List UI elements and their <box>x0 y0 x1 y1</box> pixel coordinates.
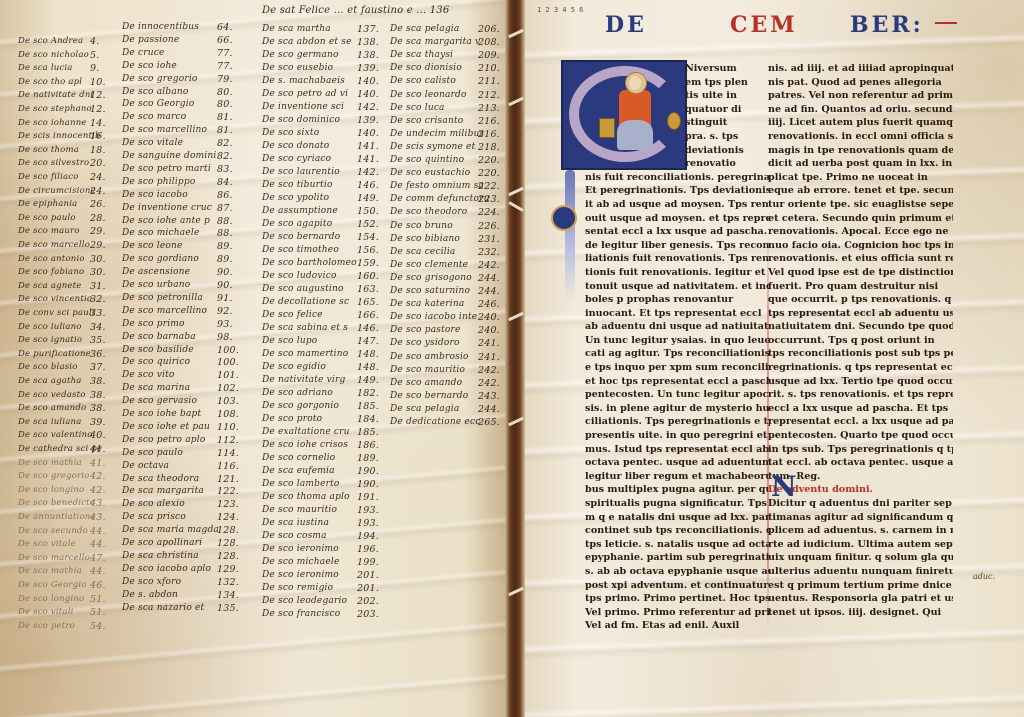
index-entry: De sca marina102. <box>122 383 190 393</box>
index-top-line: De sat Felice ... et faustino e ... 136 <box>262 5 449 16</box>
index-entry: De sco grisogono244. <box>390 273 472 283</box>
index-entry: De sco secundo44. <box>18 526 88 536</box>
entry-title: De sco marcellino <box>122 125 207 135</box>
index-entry: De sco marcello47. <box>18 553 90 563</box>
entry-folio-number: 114. <box>217 448 239 459</box>
index-entry: De sca thaysi209. <box>390 50 453 60</box>
index-entry: De sca christina128. <box>122 551 199 561</box>
entry-title: De sco benedicto <box>18 498 95 508</box>
text-line: Niversum <box>585 62 770 76</box>
entry-title: De sca sabina et s <box>262 323 348 333</box>
entry-folio-number: 81. <box>217 125 233 136</box>
entry-folio-number: 231. <box>478 234 500 245</box>
index-entry: De sco mauritio242. <box>390 365 465 375</box>
text-line: continet sub tps reconciliationis. q est <box>585 524 770 538</box>
entry-folio-number: 35. <box>90 335 106 346</box>
index-entry: De sco ludovico160. <box>262 271 337 281</box>
text-line: tps reconciliationis post sub tps pe <box>768 347 953 361</box>
index-entry: De sco ieronimo196. <box>262 544 339 554</box>
entry-folio-number: 137. <box>357 24 379 35</box>
entry-folio-number: 20. <box>90 158 106 169</box>
marginal-ornament <box>551 205 577 231</box>
index-entry: De sca maria magda128. <box>122 525 219 535</box>
entry-title: De sca katerina <box>390 299 464 309</box>
entry-folio-number: 132. <box>217 577 239 588</box>
text-line: liationis fuit renovationis. Tps renou <box>585 252 770 266</box>
entry-title: De assumptione <box>262 206 338 216</box>
text-line: octava pentec. usque ad aduentum. Un tun… <box>585 456 770 470</box>
index-entry: De sco ysidoro241. <box>390 338 460 348</box>
entry-folio-number: 129. <box>217 564 239 575</box>
entry-title: De circumcisione <box>18 186 96 196</box>
entry-folio-number: 91. <box>217 293 233 304</box>
text-column-a: Niversumem tps plentis uite inquatuor di… <box>585 62 770 633</box>
text-line: deviationis <box>585 144 770 158</box>
index-entry: De sco cornelio189. <box>262 453 335 463</box>
entry-title: De sco leonardo <box>390 90 467 100</box>
entry-title: De sco donato <box>262 141 329 151</box>
index-entry: De sco gorgonio185. <box>262 401 339 411</box>
entry-title: De sco marcellino <box>122 306 207 316</box>
entry-title: De sco antonio <box>18 254 85 264</box>
manuscript-photo: De sat Felice ... et faustino e ... 136 … <box>0 0 1024 717</box>
entry-title: De sco leodegario <box>262 596 347 606</box>
entry-folio-number: 186. <box>357 440 379 451</box>
entry-title: De inventione sci <box>262 102 344 112</box>
index-entry: De sco vitale44. <box>18 539 76 549</box>
index-entry: De sco quirico100. <box>122 357 190 367</box>
entry-folio-number: 44. <box>90 566 106 577</box>
entry-title: De sco dionisio <box>390 63 462 73</box>
text-line: renovationis. Apocal. Ecce ego ne <box>768 225 953 239</box>
entry-title: De sco bibiano <box>390 234 460 244</box>
entry-title: De sco leone <box>122 241 183 251</box>
folio-mark: 1 2 3 4 5 6 <box>537 6 583 14</box>
entry-title: De sco vitali <box>18 607 74 617</box>
entry-title: De sco egidio <box>262 362 326 372</box>
entry-title: De epiphania <box>18 199 77 209</box>
text-column-b: nis. ad iiij. et ad iiiiad apropinquatio… <box>768 62 953 619</box>
entry-folio-number: 14. <box>90 118 106 129</box>
entry-folio-number: 242. <box>478 365 500 376</box>
entry-title: De sco bernardo <box>262 232 340 242</box>
entry-title: De sco gregorio <box>18 471 89 481</box>
index-entry: De sco timotheo156. <box>262 245 339 255</box>
text-line: que occurrit. p tps renovationis. q <box>768 293 953 307</box>
entry-folio-number: 43. <box>90 498 106 509</box>
index-entry: De sco pastore240. <box>390 325 461 335</box>
entry-folio-number: 110. <box>217 422 239 433</box>
index-entry: De sco longino42. <box>18 485 84 495</box>
text-line: Vel ad fm. Etas ad enil. Auxil <box>585 619 770 633</box>
text-line: in tps sub. Tps peregrinationis q tps re… <box>768 443 953 457</box>
index-entry: De sco eustachio220. <box>390 168 470 178</box>
entry-folio-number: 220. <box>478 155 500 166</box>
entry-folio-number: 124. <box>217 512 239 523</box>
index-entry: De sco benedicto43. <box>18 498 95 508</box>
entry-folio-number: 90. <box>217 280 233 291</box>
entry-title: De sco alexio <box>122 499 185 509</box>
entry-title: De sco bernardo <box>390 391 468 401</box>
entry-folio-number: 44. <box>90 526 106 537</box>
entry-folio-number: 29. <box>90 226 106 237</box>
entry-title: De sca nazario et <box>122 603 204 613</box>
entry-title: De sco bruno <box>390 221 453 231</box>
entry-folio-number: 146. <box>357 323 379 334</box>
index-entry: De sco petro aplo112. <box>122 435 205 445</box>
index-entry: De sco Georgio46. <box>18 580 87 590</box>
entry-title: De sco lamberto <box>262 479 340 489</box>
index-entry: De sca eufemia190. <box>262 466 335 476</box>
index-entry: De sco crisanto216. <box>390 116 463 126</box>
entry-title: De sca marina <box>122 383 190 393</box>
index-entry: De sco remigio201. <box>262 583 333 593</box>
text-line: tur oriente tpe. sic euaglistse sepe <box>768 198 953 212</box>
text-line: timanas agitur ad significandum quadru <box>768 511 953 525</box>
text-line: quatuor di <box>585 103 770 117</box>
entry-folio-number: 100. <box>217 357 239 368</box>
index-entry: De sco iohe crisos186. <box>262 440 348 450</box>
entry-title: De sco marcello <box>18 240 90 250</box>
entry-folio-number: 212. <box>478 90 500 101</box>
index-entry: De sco donato141. <box>262 141 329 151</box>
index-entry: De sco marco81. <box>122 112 186 122</box>
index-entry: De epiphania26. <box>18 199 77 209</box>
entry-folio-number: 9. <box>90 63 99 74</box>
index-entry: De sca iuliana39. <box>18 417 81 427</box>
entry-folio-number: 140. <box>357 128 379 139</box>
entry-folio-number: 201. <box>357 583 379 594</box>
text-line: tis uite in <box>585 89 770 103</box>
text-line: et cetera. Secundo quin primum et <box>768 212 953 226</box>
entry-title: De sco petronilla <box>122 293 203 303</box>
entry-folio-number: 88. <box>217 216 233 227</box>
entry-folio-number: 128. <box>217 525 239 536</box>
text-line: tps leticie. s. natalis usque ad octauam <box>585 538 770 552</box>
index-entry: De sco ambrosio241. <box>390 352 469 362</box>
index-entry: De s. abdon134. <box>122 590 178 600</box>
entry-folio-number: 116. <box>217 461 239 472</box>
entry-title: De sco petro ad vi <box>262 89 348 99</box>
entry-title: De sco vito <box>122 370 175 380</box>
entry-folio-number: 38. <box>90 390 106 401</box>
entry-folio-number: 159. <box>357 258 379 269</box>
entry-folio-number: 54. <box>90 621 106 632</box>
entry-title: De sco thoma aplo <box>262 492 350 502</box>
text-line: pra. s. tps <box>585 130 770 144</box>
entry-folio-number: 5. <box>90 50 99 61</box>
entry-title: De sco petro marti <box>122 164 211 174</box>
entry-folio-number: 18. <box>90 145 106 156</box>
index-entry: De sco laurentio142. <box>262 167 340 177</box>
index-entry: De sca iustina193. <box>262 518 329 528</box>
entry-title: De annuntiatione <box>18 512 96 522</box>
text-line: representat eccl. a lxx usque ad pascha <box>768 415 953 429</box>
index-entry: De festo omnium sa222. <box>390 181 484 191</box>
entry-title: De sco longino <box>18 594 84 604</box>
index-entry: De sco iohe bapt108. <box>122 409 201 419</box>
entry-title: De sco adriano <box>262 388 333 398</box>
index-entry: De sco vitale82. <box>122 138 183 148</box>
text-line: legitur liber regum et machabeorum. in q <box>585 470 770 484</box>
index-entry: De sca margarita122. <box>122 486 204 496</box>
entry-folio-number: 206. <box>478 24 500 35</box>
index-entry: De sco gregorio79. <box>122 74 198 84</box>
text-line: it ab ad usque ad moysen. Tps renovation… <box>585 198 770 212</box>
index-entry: De sco iuliano34. <box>18 322 82 332</box>
entry-title: De innocentibus <box>122 22 199 32</box>
index-entry: De nativitate dni12. <box>18 90 93 100</box>
entry-title: De sco blasio <box>18 362 78 372</box>
entry-folio-number: 36. <box>90 349 106 360</box>
entry-title: De sco paulo <box>18 213 76 223</box>
index-entry: De sco alexio123. <box>122 499 185 509</box>
index-entry: De decollatione sc165. <box>262 297 349 307</box>
text-line: rit. s. tps renovationis. et tps represe… <box>768 388 953 402</box>
index-entry: De sca agnete31. <box>18 281 82 291</box>
entry-title: De sco marco <box>122 112 186 122</box>
entry-folio-number: 135. <box>217 603 239 614</box>
entry-folio-number: 244. <box>478 273 500 284</box>
entry-folio-number: 166. <box>357 310 379 321</box>
entry-title: De sco amando <box>18 403 86 413</box>
text-line: uentus. Responsoria gla patri et usque <box>768 592 953 606</box>
index-entry: De assumptione150. <box>262 206 338 216</box>
entry-folio-number: 122. <box>217 486 239 497</box>
entry-folio-number: 142. <box>357 102 379 113</box>
entry-title: De sco mathia <box>18 566 82 576</box>
entry-title: De sca agatha <box>18 376 82 386</box>
index-entry: De sca katerina246. <box>390 299 464 309</box>
index-entry: De undecim milibus216. <box>390 129 484 139</box>
entry-folio-number: 165. <box>357 297 379 308</box>
entry-title: De sco tho apl <box>18 77 82 87</box>
index-entry: De sca agatha38. <box>18 376 82 386</box>
entry-title: De undecim milibus <box>390 129 484 139</box>
entry-title: De sco laurentio <box>262 167 340 177</box>
entry-title: De cruce <box>122 48 165 58</box>
text-line: post xpi adventum. et continuatur <box>585 579 770 593</box>
index-entry: De sco stephano12. <box>18 104 92 114</box>
index-entry: De sco vitali51. <box>18 607 74 617</box>
text-line: tionis fuit renovationis. legitur et <box>585 266 770 280</box>
entry-folio-number: 89. <box>217 241 233 252</box>
entry-folio-number: 44. <box>90 539 106 550</box>
entry-title: De sco gregorio <box>122 74 198 84</box>
text-line: iiij. Licet autem plus fuerit quamquam <box>768 116 953 130</box>
index-entry: De sco lupo147. <box>262 336 317 346</box>
index-entry: De sco primo93. <box>122 319 185 329</box>
index-entry: De sca pelagia244. <box>390 404 459 414</box>
index-entry: De sco dominico139. <box>262 115 340 125</box>
entry-title: De sco valentino <box>18 430 93 440</box>
text-line: renovationis. in eccl omni officia sua s… <box>768 130 953 144</box>
entry-title: De sco ambrosio <box>390 352 469 362</box>
entry-folio-number: 150. <box>357 206 379 217</box>
entry-folio-number: 203. <box>357 609 379 620</box>
entry-title: De sco proto <box>262 414 322 424</box>
entry-title: De sca pelagia <box>390 24 459 34</box>
entry-title: De sco timotheo <box>262 245 339 255</box>
entry-folio-number: 242. <box>478 378 500 389</box>
index-entry: De sco leodegario202. <box>262 596 347 606</box>
entry-folio-number: 64. <box>217 22 233 33</box>
entry-title: De sco quintino <box>390 155 464 165</box>
entry-title: De sco barnaba <box>122 332 196 342</box>
entry-folio-number: 242. <box>478 260 500 271</box>
entry-folio-number: 241. <box>478 338 500 349</box>
index-entry: De sco theodoro224. <box>390 207 467 217</box>
text-line: usque ad lxx. Tertio tpe quod occur <box>768 375 953 389</box>
index-entry: De conv sci pauli33. <box>18 308 95 318</box>
entry-folio-number: 112. <box>217 435 239 446</box>
entry-folio-number: 24. <box>90 172 106 183</box>
index-entry: De sco basilide100. <box>122 345 194 355</box>
entry-title: De sco germano <box>262 50 339 60</box>
entry-folio-number: 213. <box>478 103 500 114</box>
text-line: et hoc tps representat eccl a pascha usq… <box>585 375 770 389</box>
entry-folio-number: 121. <box>217 474 239 485</box>
index-entry: De sco michaele88. <box>122 228 200 238</box>
index-entry: De sco Georgio80. <box>122 99 194 109</box>
entry-title: De sco bartholomeo <box>262 258 357 268</box>
text-line: presentis uite. in quo peregrini et in p… <box>585 429 770 443</box>
entry-folio-number: 34. <box>90 322 106 333</box>
index-entry: De sco iacobo aplo129. <box>122 564 211 574</box>
index-entry: De sca sabina et s146. <box>262 323 348 333</box>
index-entry: De sca cecilia232. <box>390 247 456 257</box>
index-entry: De ascensione90. <box>122 267 190 277</box>
entry-folio-number: 216. <box>478 116 500 127</box>
entry-folio-number: 83. <box>217 164 233 175</box>
entry-folio-number: 29. <box>90 240 106 251</box>
entry-title: De scis symone et <box>390 142 475 152</box>
text-line: boles p prophas renovantur <box>585 293 770 307</box>
entry-title: De sco sixto <box>262 128 319 138</box>
left-page-index: De sat Felice ... et faustino e ... 136 … <box>0 0 505 717</box>
entry-title: De sco mauro <box>18 226 80 236</box>
index-entry: De sco tiburtio146. <box>262 180 333 190</box>
entry-title: De sco stephano <box>18 104 92 114</box>
index-entry: De sco bernardo243. <box>390 391 468 401</box>
text-line: eque ab errore. tenet et tpe. secundo se… <box>768 184 953 198</box>
entry-title: De sco philippo <box>122 177 195 187</box>
entry-title: De octava <box>122 461 169 471</box>
index-entry: De sco felice166. <box>262 310 323 320</box>
entry-title: De sco marcello <box>18 553 90 563</box>
text-line: eccl a lxx usque ad pascha. Et tps <box>768 402 953 416</box>
text-line: occurrunt. Tps q post oriunt in <box>768 334 953 348</box>
entry-folio-number: 31. <box>90 281 106 292</box>
text-line: Vel primo. Primo referentur ad primum. V <box>585 606 770 620</box>
index-entry: De sco bartholomeo159. <box>262 258 357 268</box>
text-line: tps primo. Primo pertinet. Hoc tps <box>585 592 770 606</box>
entry-folio-number: 196. <box>357 544 379 555</box>
entry-folio-number: 216. <box>478 129 500 140</box>
entry-folio-number: 38. <box>90 376 106 387</box>
index-entry: De sco vincentio32. <box>18 294 92 304</box>
index-entry: De sco gregorio42. <box>18 471 89 481</box>
entry-folio-number: 211. <box>478 76 500 87</box>
index-entry: De sco marcellino92. <box>122 306 207 316</box>
entry-folio-number: 190. <box>357 466 379 477</box>
entry-title: De sco saturnino <box>390 286 470 296</box>
index-entry: De octava116. <box>122 461 169 471</box>
entry-folio-number: 163. <box>357 284 379 295</box>
index-entry: De passione66. <box>122 35 179 45</box>
entry-folio-number: 32. <box>90 294 106 305</box>
text-line: magis in tpe renovationis quam deviation… <box>768 144 953 158</box>
text-line: Et peregrinationis. Tps deviationis fu <box>585 184 770 198</box>
entry-folio-number: 148. <box>357 362 379 373</box>
entry-title: De sca iuliana <box>18 417 81 427</box>
margin-note: aduc. <box>973 572 995 581</box>
header-word-cem: CEM <box>730 12 798 38</box>
text-line: ne ad fin. Quantos ad oriu. secundus <box>768 103 953 117</box>
index-entry: De sco mathia41. <box>18 458 82 468</box>
index-entry: De sco iohanne14. <box>18 118 87 128</box>
index-entry: De sco Andrea4. <box>18 36 83 46</box>
book-spine <box>505 0 525 717</box>
entry-folio-number: 47. <box>90 553 106 564</box>
index-entry: De sca abdon et se138. <box>262 37 352 47</box>
entry-folio-number: 244. <box>478 404 500 415</box>
entry-title: De sco ieronimo <box>262 570 339 580</box>
index-entry: De sco ignatio35. <box>18 335 82 345</box>
entry-title: De sco paulo <box>122 448 183 458</box>
entry-folio-number: 92. <box>217 306 233 317</box>
entry-title: De ascensione <box>122 267 190 277</box>
entry-title: De sco quirico <box>122 357 190 367</box>
entry-folio-number: 89. <box>217 254 233 265</box>
entry-title: De sco crisanto <box>390 116 463 126</box>
text-line: epyphanie. partim sub peregrinationis tp… <box>585 551 770 565</box>
entry-title: De sco petro <box>18 621 75 631</box>
entry-folio-number: 208. <box>478 37 500 48</box>
text-line: nuo facio oia. Cognicion hoc tps in <box>768 239 953 253</box>
entry-title: De sca maria magda <box>122 525 219 535</box>
index-entry: De sco blasio37. <box>18 362 78 372</box>
entry-title: De sca iustina <box>262 518 329 528</box>
index-entry: De sco paulo114. <box>122 448 183 458</box>
entry-title: De sco vedasto <box>18 390 86 400</box>
entry-folio-number: 123. <box>217 499 239 510</box>
entry-folio-number: 139. <box>357 63 379 74</box>
entry-title: De s. machabaeis <box>262 76 345 86</box>
entry-folio-number: 243. <box>478 391 500 402</box>
entry-title: De sco mamertino <box>262 349 348 359</box>
entry-title: De conv sci pauli <box>18 308 95 318</box>
entry-title: De sco primo <box>122 319 185 329</box>
index-entry: De sco luca213. <box>390 103 445 113</box>
text-line: uix unquam finitur. q solum gla qua dabi… <box>768 551 953 565</box>
entry-folio-number: 128. <box>217 538 239 549</box>
index-entry: De sco valentino40. <box>18 430 93 440</box>
entry-title: De dedicatione ecc <box>390 417 480 427</box>
entry-title: De scis innocentib <box>18 131 101 141</box>
entry-title: De sco gervasio <box>122 396 197 406</box>
entry-folio-number: 146. <box>357 180 379 191</box>
entry-title: De purificatione <box>18 349 91 359</box>
index-entry: De sco egidio148. <box>262 362 326 372</box>
index-entry: De s. machabaeis140. <box>262 76 345 86</box>
text-line: spiritualis pugna significatur. Tps auct… <box>585 497 770 511</box>
entry-folio-number: 128. <box>217 551 239 562</box>
entry-folio-number: 184. <box>357 414 379 425</box>
text-line: em tps plen <box>585 76 770 90</box>
text-line: pentecosten. Un tunc legitur apocalyp <box>585 388 770 402</box>
index-entry: De sco gordiano89. <box>122 254 199 264</box>
